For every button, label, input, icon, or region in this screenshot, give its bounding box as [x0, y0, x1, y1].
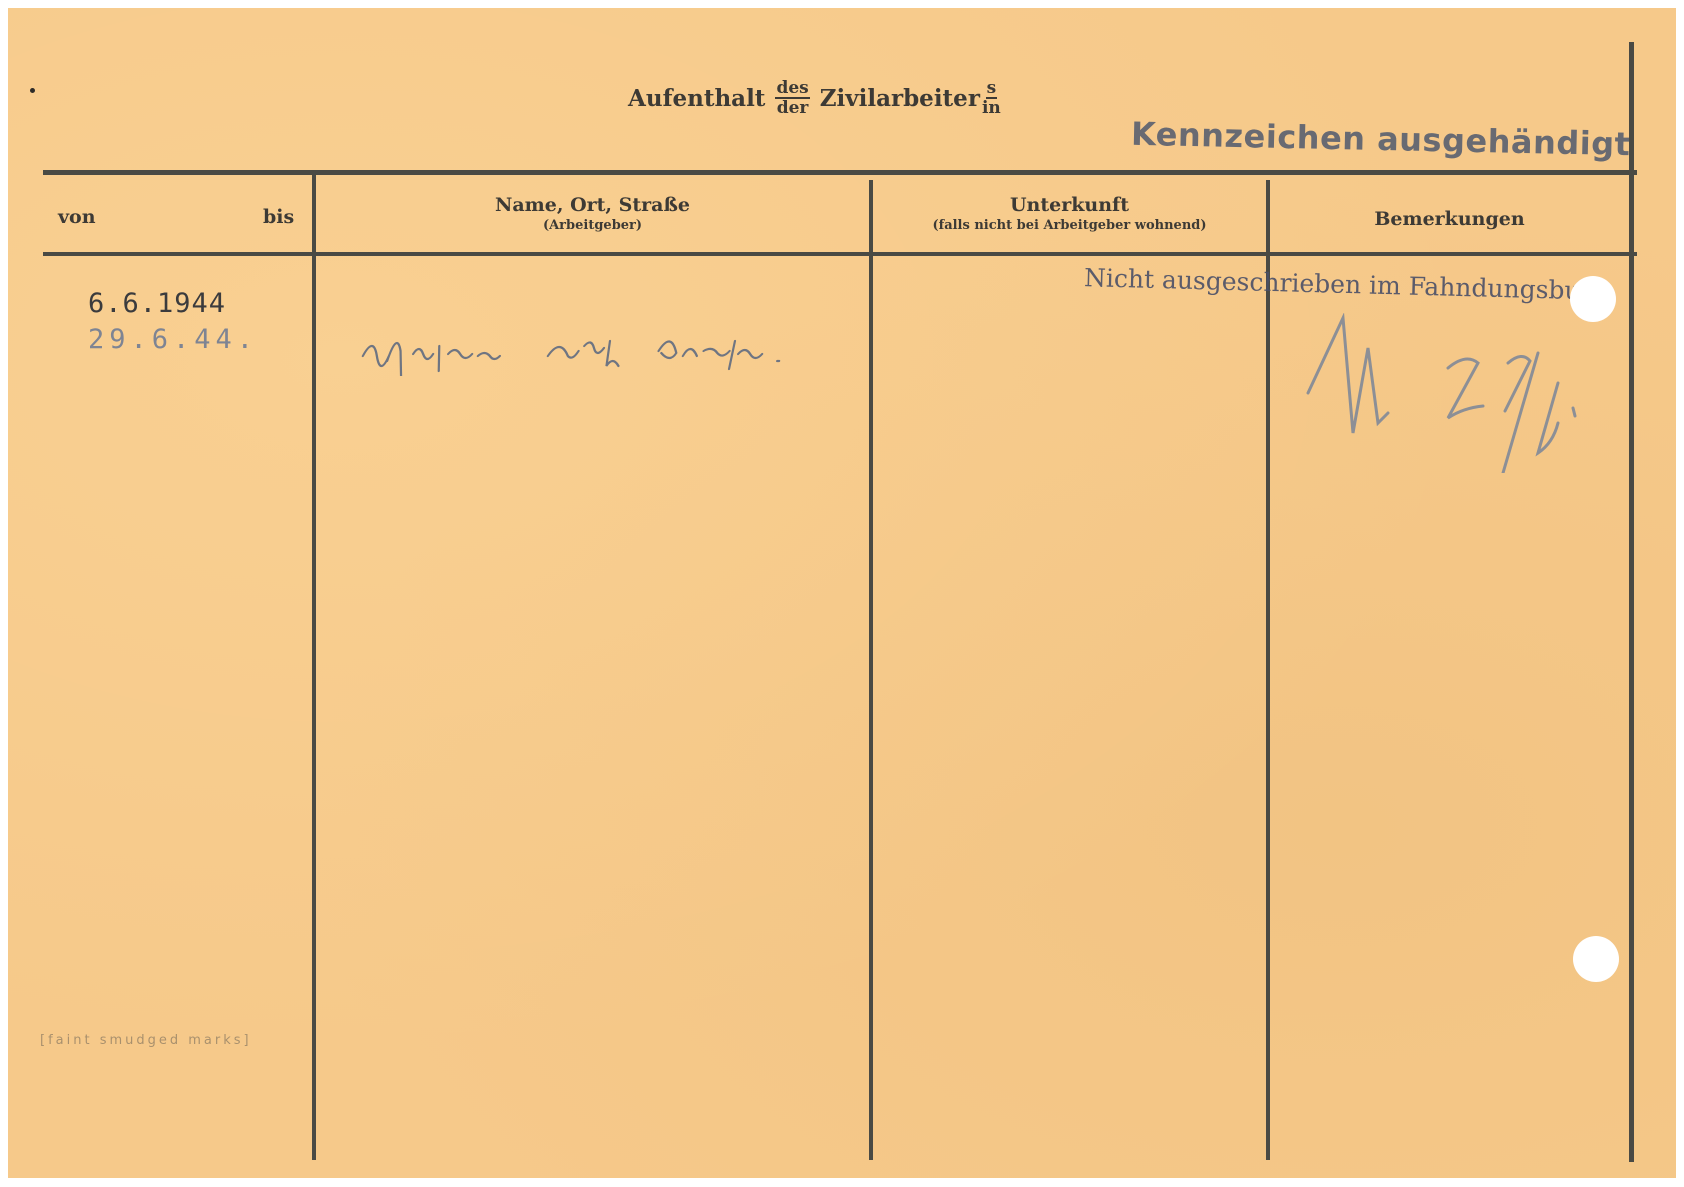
stamp-nicht-ausgeschrieben: Nicht ausgeschrieben im Fahndungsbuch [1084, 263, 1611, 306]
column-header-von: von [58, 206, 96, 228]
column-header-name: Name, Ort, Straße (Arbeitgeber) [316, 194, 869, 233]
table-top-rule [43, 170, 1637, 175]
entry-von-date: 6.6.1944 [88, 288, 226, 319]
faint-marginalia: [faint smudged marks] [40, 1033, 252, 1048]
form-title: Aufenthalt des der Zivilarbeiter s in [628, 68, 1001, 128]
punch-hole-bottom [1573, 936, 1619, 982]
ink-speck [30, 88, 35, 93]
column-header-bis: bis [263, 206, 294, 228]
entry-bis-date: 29.6.44. [88, 324, 258, 355]
title-word-zivilarbeiter: Zivilarbeiter [820, 85, 980, 112]
column-divider-2 [869, 180, 873, 1160]
stamp-kennzeichen-ausgehaendigt: Kennzeichen ausgehändigt [1131, 115, 1631, 163]
handwriting-scribble [354, 349, 839, 384]
index-card: Aufenthalt des der Zivilarbeiter s in Ke… [8, 8, 1676, 1178]
column-header-unterkunft: Unterkunft (falls nicht bei Arbeitgeber … [873, 194, 1266, 233]
punch-hole-top [1570, 276, 1616, 322]
header-bottom-rule [43, 252, 1637, 256]
column-header-bemerkungen: Bemerkungen [1270, 208, 1629, 230]
entry-employer-handwritten [354, 326, 842, 384]
column-divider-3 [1266, 180, 1270, 1160]
signature-pencil-icon [1288, 313, 1598, 473]
title-fraction-s-in: s in [982, 79, 1001, 117]
handwriting-scribble-icon [355, 326, 842, 376]
column-divider-1 [312, 175, 316, 1160]
title-fraction-des-der: des der [775, 79, 809, 117]
title-word-aufenthalt: Aufenthalt [628, 85, 765, 112]
right-border-rule [1629, 42, 1634, 1162]
